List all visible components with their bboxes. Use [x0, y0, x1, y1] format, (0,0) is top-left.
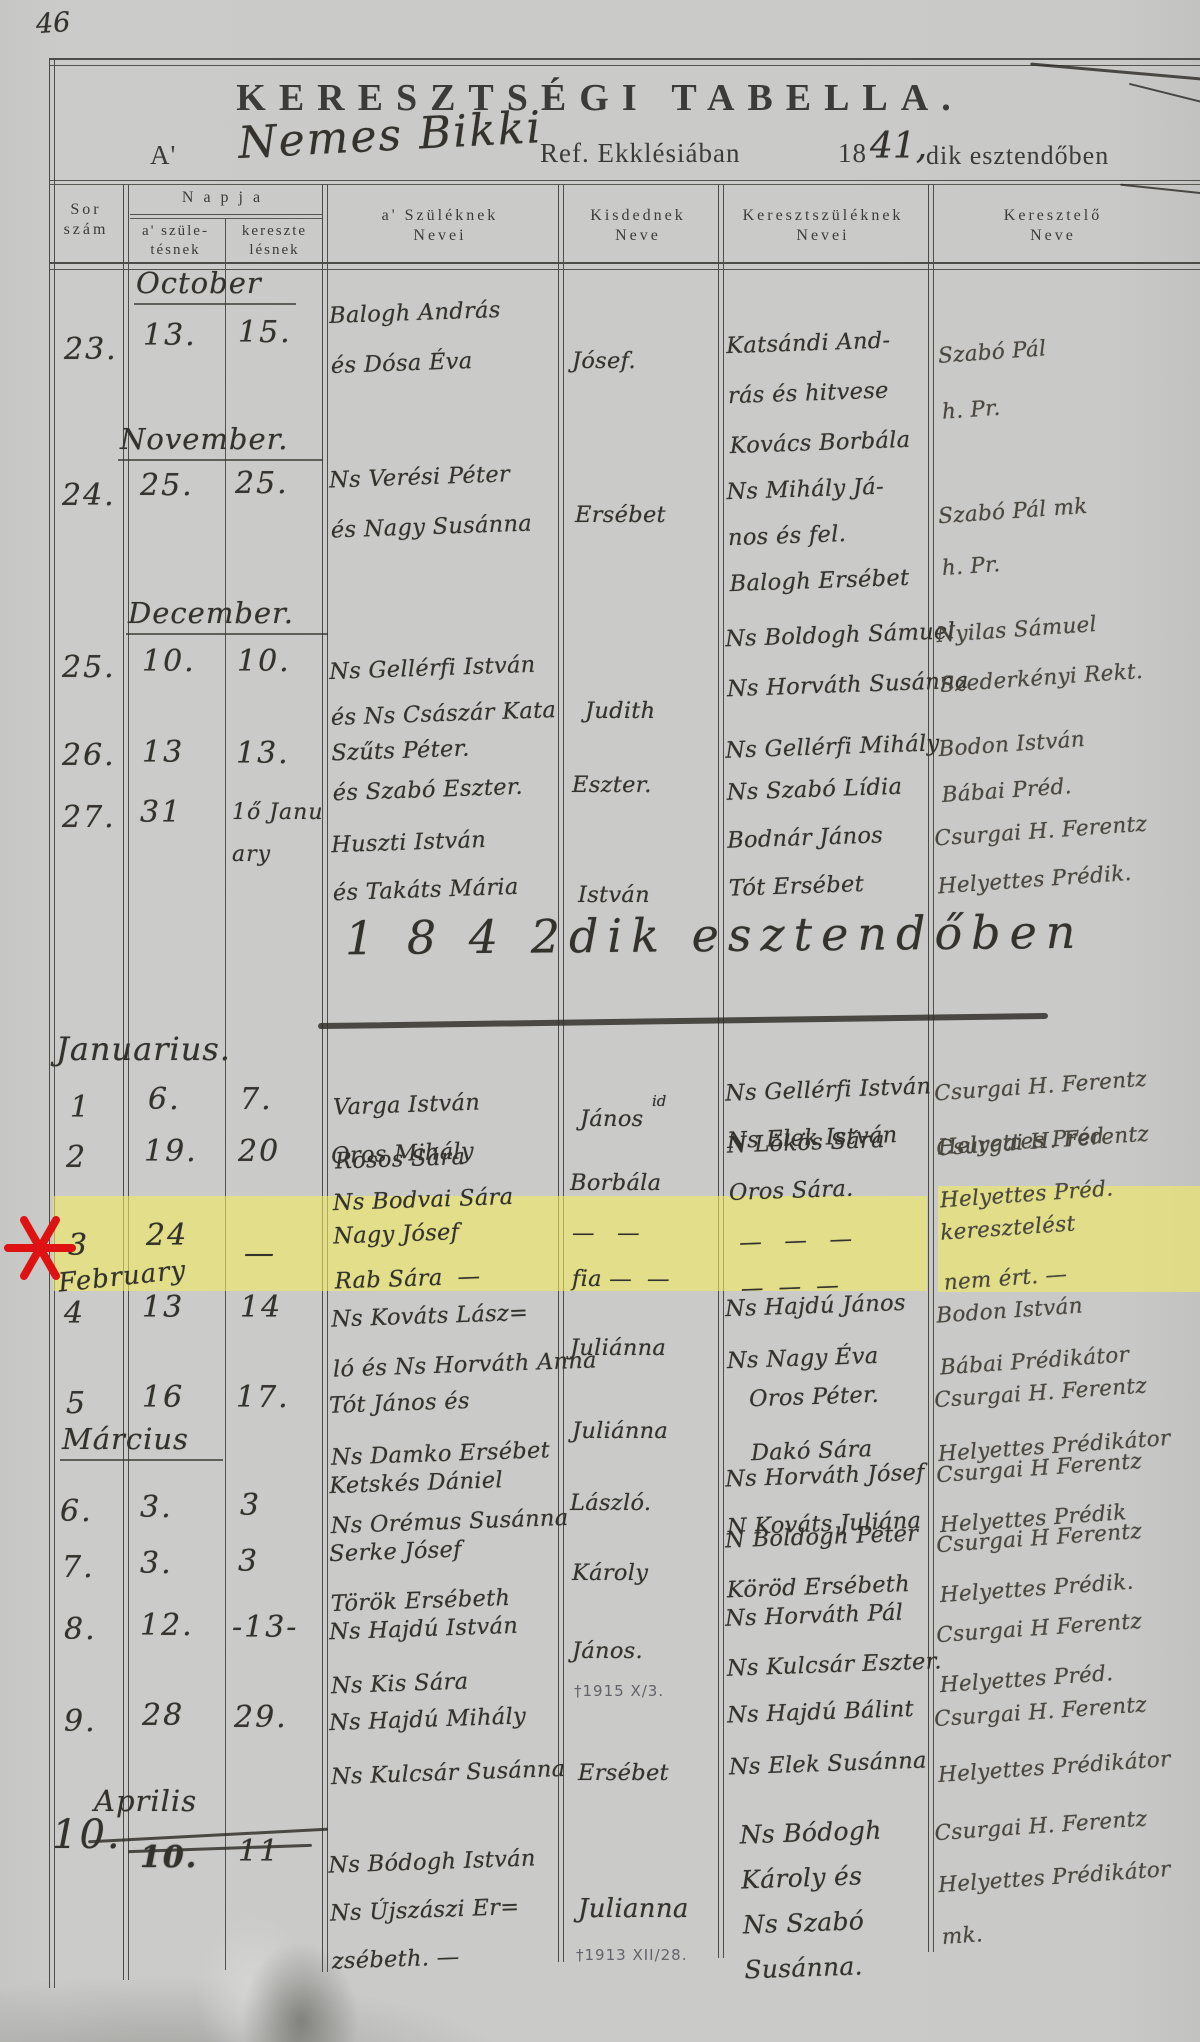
- godparents-names: Katsándi And- rás és hitvese Kovács Borb…: [725, 315, 911, 471]
- birth-day: 13.: [143, 318, 197, 353]
- godparents-names: Ns Horváth Pál Ns Kulcsár Eszter.: [724, 1586, 942, 1693]
- child-name: Julianna: [578, 1894, 689, 1924]
- year-printed: 18: [838, 138, 867, 169]
- subtitle-church: Ref. Ekklésiában: [540, 138, 740, 169]
- page-number: 46: [35, 7, 71, 40]
- birth-day: 28: [142, 1698, 184, 1733]
- baptism-day: 29.: [234, 1700, 288, 1735]
- parents-names: Ns Gellérfi István és Ns Császár Kata: [328, 641, 556, 741]
- godparents-names: Ns Elek István Oros Sára.: [726, 1109, 900, 1219]
- birth-day: 6.: [148, 1082, 181, 1117]
- page-curve-line: [1129, 83, 1200, 103]
- baptism-day: 3: [238, 1544, 259, 1579]
- godparents-names: Ns Bódogh Károly és Ns Szabó Susánna.: [739, 1808, 887, 1993]
- row-number: 10.: [52, 1812, 122, 1858]
- baptizer-name: Csurgai H. Ferentz Helyettes Prédik.: [933, 801, 1152, 912]
- month-label-december: December.: [126, 596, 328, 635]
- child-name: Judith: [585, 698, 655, 724]
- godparents-names: Bodnár János Tót Ersébet: [726, 811, 885, 912]
- child-name-note: id: [652, 1092, 666, 1110]
- godparents-names: Ns Gellérfi Mihály Ns Szabó Lídia: [725, 722, 942, 813]
- child-name: Juliánna: [570, 1335, 666, 1361]
- parents-names: Szűts Péter. és Szabó Eszter.: [331, 727, 524, 814]
- parents-names: Huszti István és Takáts Mária: [330, 815, 519, 917]
- row-number: 6.: [60, 1494, 93, 1529]
- row-number: 27.: [62, 800, 116, 835]
- baptizer-name: Szabó Pál h. Pr.: [936, 321, 1052, 440]
- birth-day: 12.: [140, 1608, 194, 1643]
- napja-underline: [130, 214, 322, 219]
- table-border-left: [49, 58, 55, 1988]
- register-page-scan: 46 KERESZTSÉGI TABELLA. A' Nemes Bikki R…: [0, 0, 1200, 2042]
- baptism-day: —: [244, 1236, 276, 1271]
- month-label-januarius: Januarius.: [56, 1030, 231, 1068]
- section-year-underline: [318, 1013, 1048, 1029]
- column-header-keresztszuleknek: Keresztszüléknek Nevei: [718, 206, 928, 246]
- baptism-day: 25.: [235, 466, 289, 501]
- child-name: Juliánna: [572, 1418, 668, 1444]
- parents-names: Ns Verési Péter és Nagy Susánna: [328, 449, 533, 556]
- baptizer-name: Nyilas Sámuel Szederkényi Rekt.: [935, 597, 1145, 711]
- month-label-marcius: Március: [60, 1422, 223, 1461]
- godparents-names: Ns Hajdú Bálint Ns Elek Susánna: [726, 1683, 927, 1794]
- baptism-day: 17.: [236, 1380, 290, 1415]
- row-number: 24.: [62, 478, 116, 513]
- row-number: 1: [70, 1090, 91, 1125]
- child-name: János.: [572, 1638, 643, 1664]
- birth-day: 19.: [144, 1134, 198, 1169]
- column-header-szuletesnek: a' szüle- tésnek: [126, 222, 225, 260]
- row-number: 2: [66, 1140, 87, 1175]
- birth-day: 13: [142, 1290, 184, 1325]
- child-name: László.: [570, 1490, 651, 1516]
- baptizer-name: Szabó Pál mk h. Pr.: [937, 481, 1093, 595]
- godparents-names: Ns Mihály Já- nos és fel. Balogh Ersébet: [726, 463, 910, 607]
- godparents-names: Ns Boldogh Sámuel Ns Horváth Susánna: [724, 606, 969, 714]
- row-number: 7.: [62, 1550, 95, 1585]
- column-header-kisdednek: Kisdednek Neve: [558, 206, 718, 246]
- child-name: János: [580, 1106, 644, 1132]
- baptism-day: -13-: [232, 1610, 298, 1645]
- baptism-day: 15.: [238, 315, 292, 350]
- baptism-day: 10.: [237, 644, 291, 679]
- baptism-day: 13.: [236, 736, 290, 771]
- parents-names: Balogh András és Dósa Éva: [328, 285, 503, 391]
- child-name: Károly: [572, 1560, 648, 1586]
- child-name: Ersébet: [578, 1760, 669, 1786]
- baptism-day: 20: [238, 1134, 280, 1169]
- year-handwritten: 41,: [870, 126, 927, 167]
- subtitle-article: A': [150, 140, 176, 171]
- birth-day: 13: [142, 735, 184, 770]
- year-suffix: dik esztendőben: [926, 141, 1109, 171]
- row-number: 9.: [64, 1704, 97, 1739]
- birth-day: 3.: [140, 1490, 173, 1525]
- parents-names: Ns Hajdú Mihály Ns Kulcsár Susánna: [328, 1688, 566, 1804]
- row-number: 23.: [64, 332, 118, 367]
- birth-day: 25.: [140, 468, 194, 503]
- birth-day: 10.: [142, 644, 196, 679]
- birth-day: 16: [142, 1380, 184, 1415]
- baptizer-name: Bodon István Bábai Préd.: [937, 717, 1090, 819]
- month-label-november: November.: [118, 422, 323, 461]
- child-name: Jósef.: [572, 348, 636, 374]
- column-header-keresztelesnek: kereszte lésnek: [227, 222, 322, 260]
- baptism-day: 1ő Janu ary: [232, 792, 324, 876]
- column-header-szuleknek: a' Szüléknek Nevei: [322, 206, 558, 246]
- baptizer-name: Csurgai H. Ferentz Helyettes Prédikátor: [932, 1676, 1172, 1804]
- row-number: 8.: [64, 1612, 97, 1647]
- row-number: 4: [64, 1296, 85, 1331]
- death-note: †1915 X/3.: [574, 1682, 664, 1700]
- baptism-day: 3: [240, 1488, 261, 1523]
- column-header-keresztelo: Keresztelő Neve: [928, 206, 1178, 246]
- column-header-sorszam: Sor szám: [49, 200, 123, 240]
- month-label-october: October: [134, 266, 296, 305]
- column-divider-napja: [322, 184, 328, 1972]
- child-name: István: [578, 882, 650, 908]
- child-name: Eszter.: [572, 772, 652, 798]
- row-number: 26.: [62, 738, 116, 773]
- column-header-napja: Napja: [130, 188, 322, 208]
- row-number: 25.: [62, 650, 116, 685]
- baptism-day: 7.: [240, 1082, 273, 1117]
- parents-names: Ns Bódogh István Ns Újszászi Er= zsébeth…: [328, 1834, 540, 1985]
- table-title: KERESZTSÉGI TABELLA.: [140, 76, 1060, 120]
- row-number: 5: [66, 1386, 87, 1421]
- baptism-day: 11: [238, 1834, 280, 1869]
- birth-day: 10.: [140, 1840, 198, 1875]
- birth-day: 3.: [140, 1546, 173, 1581]
- baptism-day: 14: [240, 1290, 282, 1325]
- birth-day: 24: [146, 1218, 188, 1253]
- child-name: Borbála: [570, 1170, 661, 1196]
- page-curve-line: [1120, 184, 1200, 195]
- column-divider-napja-sub: [225, 218, 226, 1970]
- section-year-banner: 1 8 4 2dik esztendőben: [345, 905, 1085, 965]
- column-divider-kisded: [718, 184, 724, 1958]
- death-note: †1913 XII/28.: [576, 1946, 687, 1964]
- subtitle-rule: [49, 180, 1200, 185]
- highlight-asterisk-icon: [0, 1208, 80, 1288]
- child-name: Ersébet: [575, 502, 666, 528]
- baptizer-name: Csurgai H. Ferentz Helyettes Prédikátor …: [933, 1792, 1176, 1964]
- table-border-top: [49, 58, 1200, 66]
- birth-day: 31: [140, 795, 182, 830]
